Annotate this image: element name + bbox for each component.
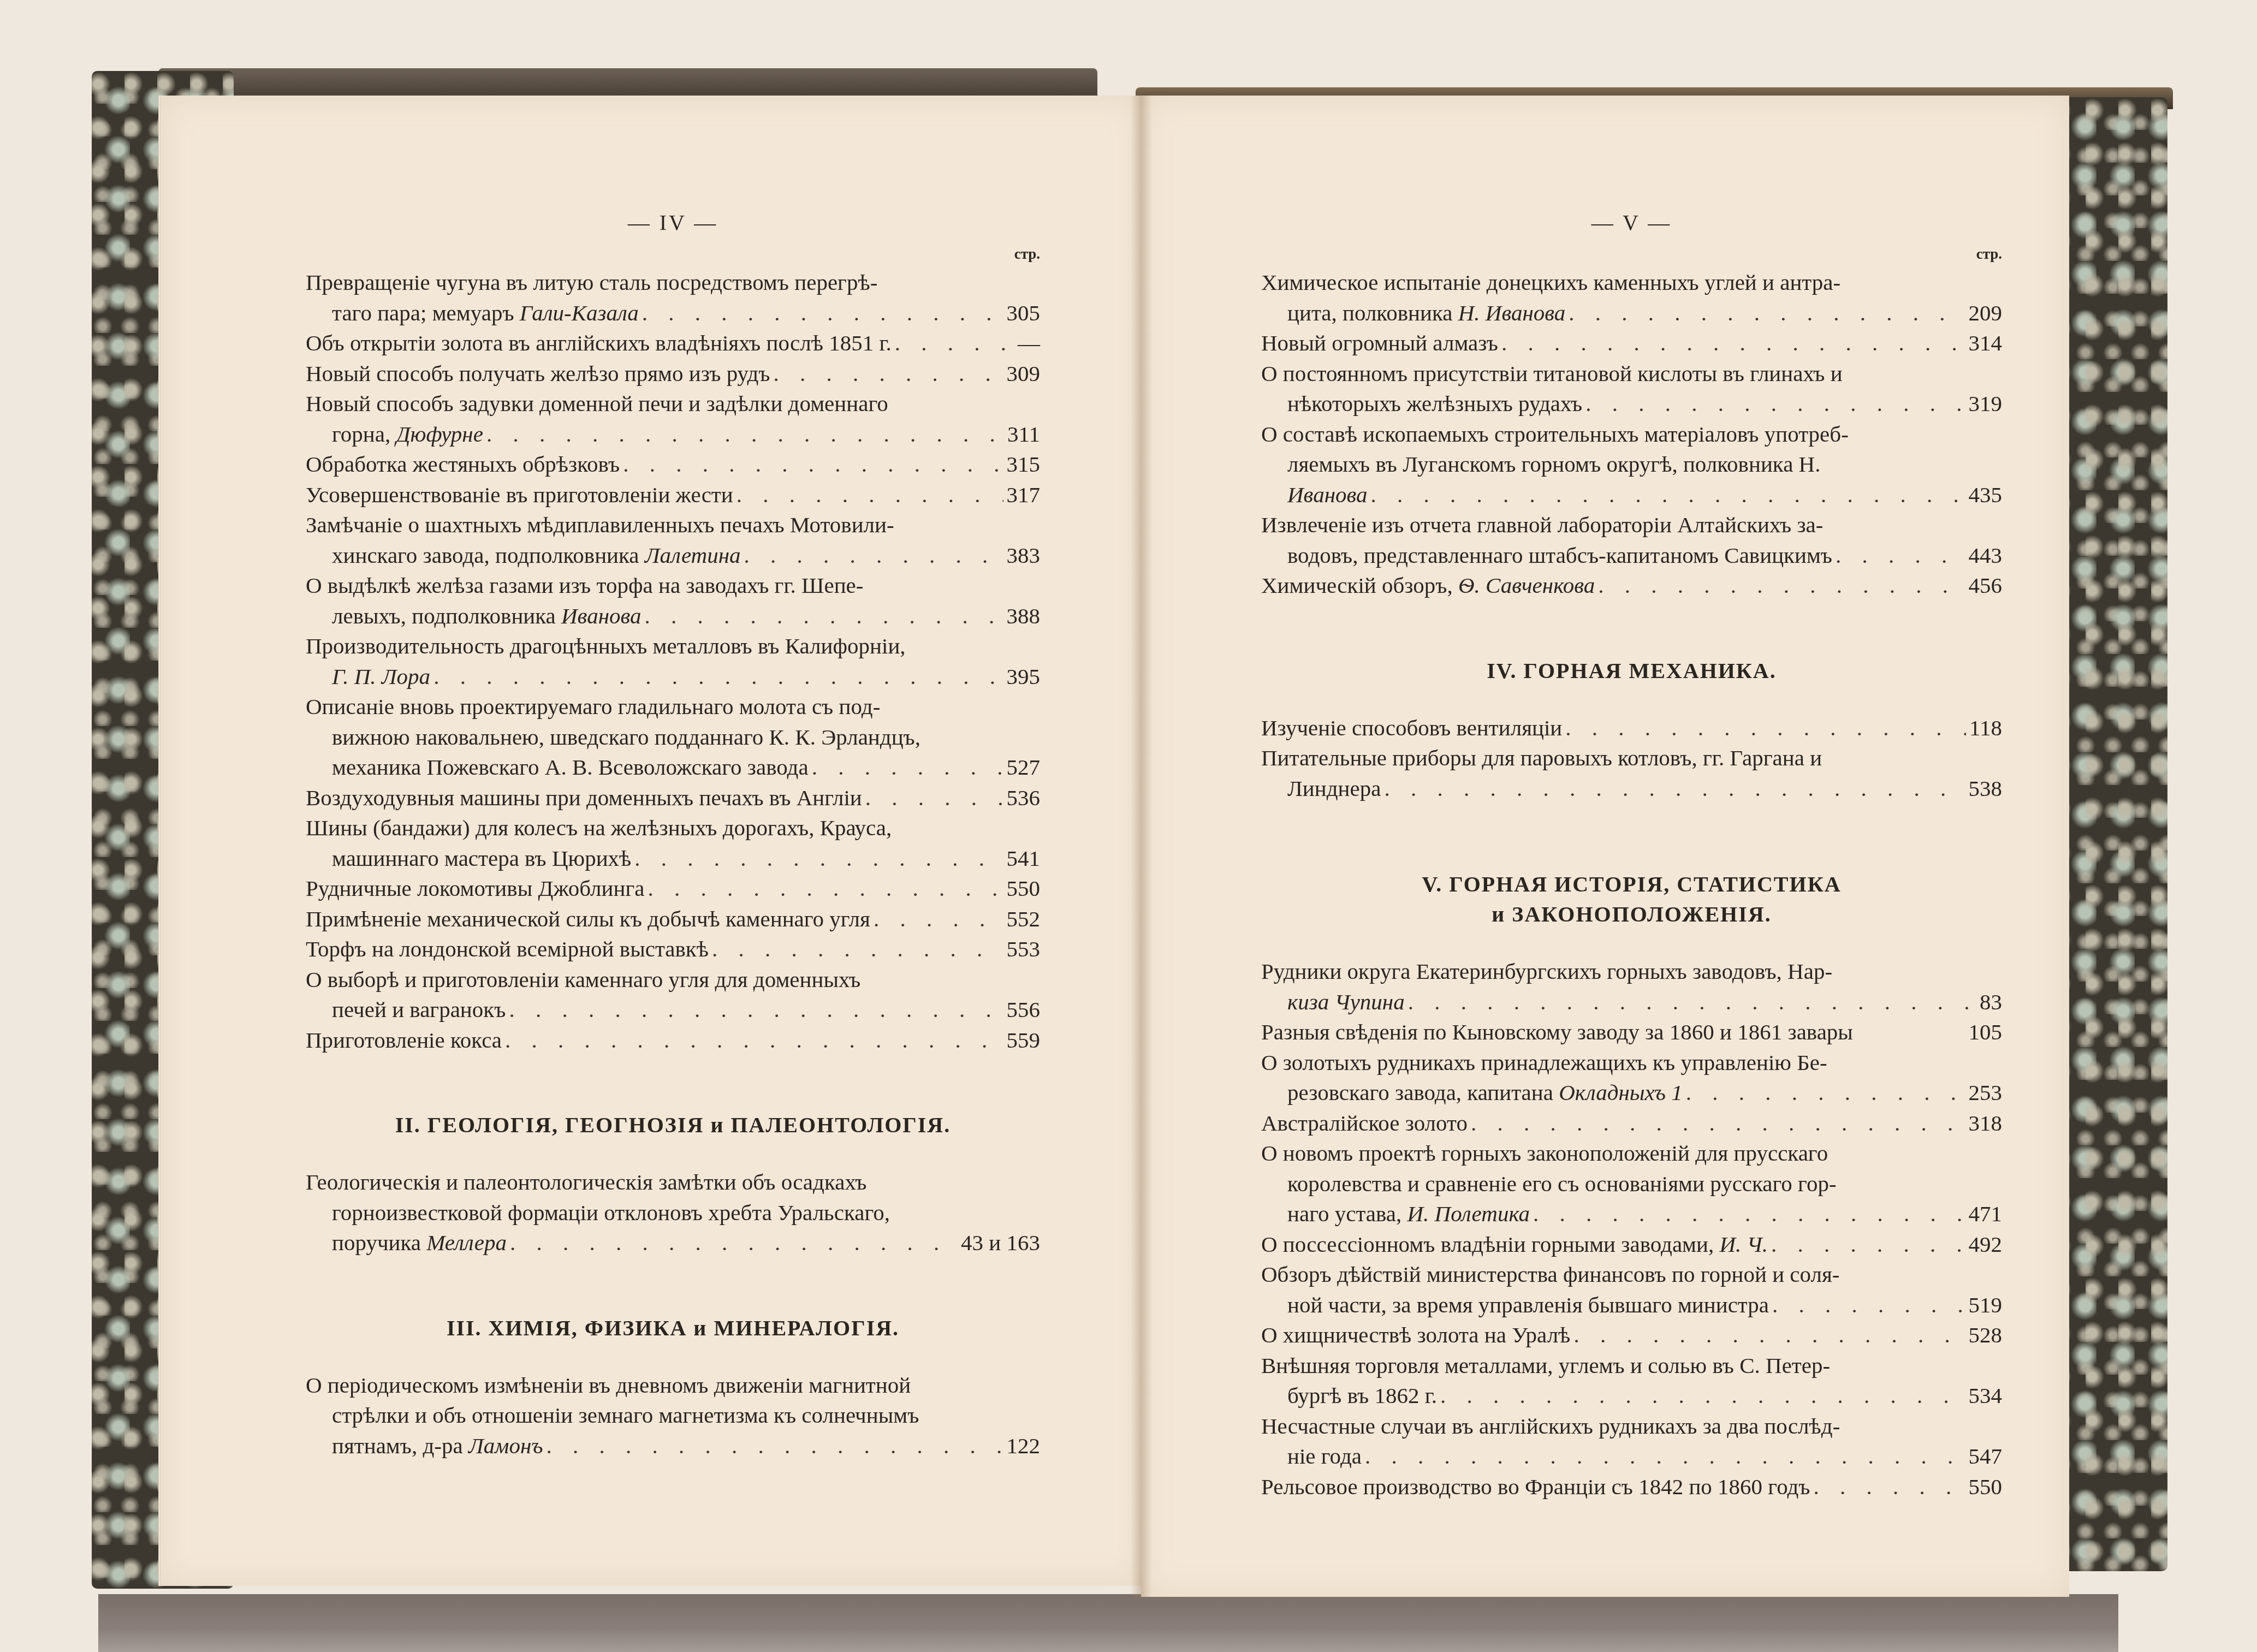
page-number-folio: — V — <box>1261 207 2002 240</box>
dot-leader <box>1501 328 1965 359</box>
toc-entry-last-line: киза Чупина83 <box>1261 987 2002 1018</box>
toc-entry-line: ляемыхъ въ Луганскомъ горномъ округѣ, по… <box>1261 449 2002 480</box>
toc-entry-line: О золотыхъ рудникахъ принадлежащихъ къ у… <box>1261 1048 2002 1078</box>
dot-leader <box>1365 1441 1965 1472</box>
toc-entry-last-line: Изученіе способовъ вентиляціи118 <box>1261 713 2002 744</box>
toc-entry-last-line: Новый огромный алмазъ314 <box>1261 328 2002 359</box>
toc-entry-title: Приготовленіе кокса <box>306 1025 502 1056</box>
dot-leader <box>895 328 1014 359</box>
dot-leader <box>1573 1320 1965 1351</box>
toc-entry: Замѣчаніе о шахтныхъ мѣдиплавиленныхъ пе… <box>306 510 1040 571</box>
toc-entry-line: Шины (бандажи) для колесъ на желѣзныхъ д… <box>306 813 1040 843</box>
toc-entry-page-number: 527 <box>1007 752 1041 783</box>
toc-entry: О выдѣлкѣ желѣза газами изъ торфа на зав… <box>306 571 1040 631</box>
toc-entry: Геологическія и палеонтологическія замѣт… <box>306 1167 1040 1258</box>
toc-entry-line: стрѣлки и объ отношеніи земнаго магнетиз… <box>306 1400 1040 1431</box>
toc-entry-last-line: водовъ, представленнаго штабсъ-капитаном… <box>1261 540 2002 571</box>
toc-entry: О періодическомъ измѣненіи въ дневномъ д… <box>306 1370 1040 1461</box>
toc-entry-page-number: 319 <box>1969 389 2003 419</box>
toc-entry-title: бургѣ въ 1862 г. <box>1287 1381 1437 1411</box>
toc-entry-title: водовъ, представленнаго штабсъ-капитаном… <box>1287 540 1832 571</box>
toc-entry-line: Питательные приборы для паровыхъ котловъ… <box>1261 743 2002 774</box>
dot-leader <box>648 873 1003 904</box>
toc-entry-title: печей и вагранокъ <box>332 995 506 1025</box>
toc-entry: Шины (бандажи) для колесъ на желѣзныхъ д… <box>306 813 1040 873</box>
dot-leader <box>1836 540 1965 571</box>
toc-entry-title: Обработка жестяныхъ обрѣзковъ <box>306 449 620 480</box>
left-page-content: — IV — стр. Превращеніе чугуна въ литую … <box>306 207 1040 1461</box>
toc-entry-title: поручика Меллера <box>332 1228 507 1258</box>
toc-entry-line: Рудники округа Екатеринбургскихъ горныхъ… <box>1261 956 2002 987</box>
dot-leader <box>486 419 1004 450</box>
toc-entry-title: Разныя свѣденія по Кыновскому заводу за … <box>1261 1017 1853 1048</box>
toc-entry-last-line: Новый способъ получать желѣзо прямо изъ … <box>306 359 1040 389</box>
dot-leader <box>1384 774 1965 804</box>
dot-leader <box>1569 298 1965 329</box>
toc-entry-line: О новомъ проектѣ горныхъ законоположеній… <box>1261 1138 2002 1169</box>
toc-list: Изученіе способовъ вентиляціи118Питатель… <box>1261 713 2002 804</box>
toc-entry: Изученіе способовъ вентиляціи118 <box>1261 713 2002 744</box>
toc-entry-last-line: Торфъ на лондонской всемірной выставкѣ55… <box>306 934 1040 965</box>
toc-entry: Обзоръ дѣйствій министерства финансовъ п… <box>1261 1259 2002 1320</box>
dot-leader <box>1440 1381 1965 1411</box>
dot-leader <box>1533 1199 1965 1229</box>
toc-entry-title: Примѣненіе механической силы къ добычѣ к… <box>306 904 870 935</box>
section-heading: и ЗАКОНОПОЛОЖЕНІЯ. <box>1261 899 2002 929</box>
toc-entry: Рудники округа Екатеринбургскихъ горныхъ… <box>1261 956 2002 1017</box>
toc-entry-title: Объ открытіи золота въ англійскихъ владѣ… <box>306 328 892 359</box>
toc-list: Геологическія и палеонтологическія замѣт… <box>306 1167 1040 1258</box>
toc-entry-last-line: машиннаго мастера въ Цюрихѣ541 <box>306 843 1040 874</box>
page-column-label: стр. <box>1261 240 2002 268</box>
toc-entry: Обработка жестяныхъ обрѣзковъ315 <box>306 449 1040 480</box>
toc-entry-line: Производительность драгоцѣнныхъ металлов… <box>306 631 1040 662</box>
toc-entry-title: цита, полковника Н. Иванова <box>1287 298 1565 329</box>
toc-entry-author: Дюфурне <box>396 421 483 447</box>
toc-entry-last-line: Приготовленіе кокса559 <box>306 1025 1040 1056</box>
toc-entry: Химическое испытаніе донецкихъ каменныхъ… <box>1261 268 2002 328</box>
dot-leader <box>737 480 1003 510</box>
toc-entry: Извлеченіе изъ отчета главной лабораторі… <box>1261 510 2002 571</box>
toc-entry-last-line: Усовершенствованіе въ приготовленіи жест… <box>306 480 1040 510</box>
toc-entry-last-line: механика Пожевскаго А. В. Всеволожскаго … <box>306 752 1040 783</box>
toc-entry-last-line: резовскаго завода, капитана Окладныхъ 12… <box>1261 1078 2002 1108</box>
toc-entry-title: киза Чупина <box>1287 987 1405 1018</box>
dot-leader <box>1471 1108 1965 1139</box>
toc-entry-title: Линднера <box>1287 774 1381 804</box>
toc-entry-page-number: 547 <box>1969 1441 2003 1472</box>
toc-entry: Объ открытіи золота въ англійскихъ владѣ… <box>306 328 1040 359</box>
table-shadow <box>98 1594 2118 1652</box>
toc-entry-page-number: 118 <box>1969 713 2002 744</box>
toc-entry: Разныя свѣденія по Кыновскому заводу за … <box>1261 1017 2002 1048</box>
toc-entry: Рельсовое производство во Франціи съ 184… <box>1261 1472 2002 1502</box>
toc-entry-title: резовскаго завода, капитана Окладныхъ 1 <box>1287 1078 1683 1108</box>
toc-entry-title: Усовершенствованіе въ приготовленіи жест… <box>306 480 733 510</box>
toc-entry-title: таго пара; мемуаръ Гали-Казала <box>332 298 639 329</box>
toc-entry-last-line: нѣкоторыхъ желѣзныхъ рудахъ319 <box>1261 389 2002 419</box>
toc-entry-page-number: 553 <box>1007 934 1041 965</box>
toc-entry-title: Новый способъ получать желѣзо прямо изъ … <box>306 359 770 389</box>
toc-entry-title: Новый огромный алмазъ <box>1261 328 1498 359</box>
toc-entry-title: ной части, за время управленія бывшаго м… <box>1287 1290 1769 1321</box>
toc-entry-page-number: 395 <box>1007 662 1041 692</box>
toc-entry-title: Торфъ на лондонской всемірной выставкѣ <box>306 934 709 965</box>
section-heading: II. ГЕОЛОГІЯ, ГЕОГНОЗІЯ и ПАЛЕОНТОЛОГІЯ. <box>306 1110 1040 1140</box>
toc-entry-title: Г. П. Лора <box>332 662 430 692</box>
toc-entry-author: Н. Иванова <box>1458 300 1566 325</box>
section-heading: V. ГОРНАЯ ИСТОРІЯ, СТАТИСТИКА <box>1261 869 2002 899</box>
toc-entry-last-line: цита, полковника Н. Иванова209 <box>1261 298 2002 329</box>
toc-entry-author: И. Полетика <box>1407 1201 1530 1226</box>
toc-entry-page-number: 556 <box>1007 995 1041 1025</box>
toc-entry-last-line: О поссессіонномъ владѣніи горными завода… <box>1261 1229 2002 1260</box>
toc-entry-last-line: горна, Дюфурне311 <box>306 419 1040 450</box>
toc-entry-title: Воздуходувныя машины при доменныхъ печах… <box>306 783 862 813</box>
toc-entry-page-number: 536 <box>1007 783 1041 813</box>
toc-entry-last-line: Рельсовое производство во Франціи съ 184… <box>1261 1472 2002 1502</box>
dot-leader <box>547 1431 1003 1461</box>
dot-leader <box>433 662 1003 692</box>
toc-entry-title: механика Пожевскаго А. В. Всеволожскаго … <box>332 752 809 783</box>
toc-entry-author: Г. П. Лора <box>332 664 430 689</box>
toc-entry: О постоянномъ присутствіи титановой кисл… <box>1261 359 2002 419</box>
toc-entry-author: киза Чупина <box>1287 989 1405 1014</box>
toc-entry-line: королевства и сравненіе его съ основанія… <box>1261 1169 2002 1199</box>
toc-list: О періодическомъ измѣненіи въ дневномъ д… <box>306 1370 1040 1461</box>
book-gutter <box>1130 96 1152 1597</box>
toc-entry: Торфъ на лондонской всемірной выставкѣ55… <box>306 934 1040 965</box>
toc-entry-line: О періодическомъ измѣненіи въ дневномъ д… <box>306 1370 1040 1401</box>
toc-entry-author: Окладныхъ 1 <box>1559 1080 1683 1105</box>
toc-entry-page-number: 471 <box>1969 1199 2003 1229</box>
toc-entry: О золотыхъ рудникахъ принадлежащихъ къ у… <box>1261 1048 2002 1108</box>
toc-entry-page-number: 122 <box>1007 1431 1041 1461</box>
toc-entry-author: Лалетина <box>645 543 741 568</box>
toc-entry-author: И. Ч. <box>1720 1232 1768 1257</box>
toc-entry-title: Австралійское золото <box>1261 1108 1468 1139</box>
toc-entry-author: Ламонъ <box>468 1433 543 1458</box>
toc-entry: О выборѣ и приготовленіи каменнаго угля … <box>306 965 1040 1025</box>
toc-entry-last-line: хинскаго завода, подполковника Лалетина3… <box>306 540 1040 571</box>
toc-entry-author: Ѳ. Савченкова <box>1458 573 1595 598</box>
dot-leader <box>642 298 1003 329</box>
toc-entry-last-line: левыхъ, подполковника Иванова388 <box>306 601 1040 632</box>
toc-entry: Австралійское золото318 <box>1261 1108 2002 1139</box>
toc-entry: Новый способъ задувки доменной печи и за… <box>306 389 1040 449</box>
toc-entry-line: Извлеченіе изъ отчета главной лабораторі… <box>1261 510 2002 540</box>
toc-entry: Несчастные случаи въ англійскихъ рудника… <box>1261 1411 2002 1472</box>
toc-entry-line: вижною наковальнею, шведскаго подданнаго… <box>306 722 1040 753</box>
toc-entry-title: Изученіе способовъ вентиляціи <box>1261 713 1562 744</box>
dot-leader <box>510 1228 958 1258</box>
toc-entry-title: О хищничествѣ золота на Уралѣ <box>1261 1320 1570 1351</box>
toc-entry-page-number: 559 <box>1007 1025 1041 1056</box>
toc-entry-last-line: Австралійское золото318 <box>1261 1108 2002 1139</box>
toc-entry-line: О составѣ ископаемыхъ строительныхъ мате… <box>1261 419 2002 450</box>
right-page-content: — V — стр. Химическое испытаніе донецких… <box>1261 207 2002 1502</box>
toc-entry-title: левыхъ, подполковника Иванова <box>332 601 642 632</box>
dot-leader <box>774 359 1003 389</box>
toc-entry: Превращеніе чугуна въ литую сталь посред… <box>306 268 1040 328</box>
dot-leader <box>1565 713 1966 744</box>
toc-entry: Примѣненіе механической силы къ добычѣ к… <box>306 904 1040 935</box>
toc-entry-last-line: ной части, за время управленія бывшаго м… <box>1261 1290 2002 1321</box>
toc-entry-line: Обзоръ дѣйствій министерства финансовъ п… <box>1261 1259 2002 1290</box>
toc-entry-line: О выдѣлкѣ желѣза газами изъ торфа на зав… <box>306 571 1040 601</box>
toc-entry-last-line: бургѣ въ 1862 г.534 <box>1261 1381 2002 1411</box>
toc-entry-page-number: 383 <box>1007 540 1041 571</box>
dot-leader <box>812 752 1003 783</box>
toc-entry: Химическій обзоръ, Ѳ. Савченкова456 <box>1261 571 2002 601</box>
toc-entry: Производительность драгоцѣнныхъ металлов… <box>306 631 1040 692</box>
toc-entry-author: Иванова <box>1287 482 1367 507</box>
toc-entry-page-number: 309 <box>1007 359 1041 389</box>
toc-entry-title: Рудничные локомотивы Джоблинга <box>306 873 644 904</box>
dot-leader <box>1771 1229 1965 1260</box>
toc-entry-last-line: О хищничествѣ золота на Уралѣ528 <box>1261 1320 2002 1351</box>
toc-list: Превращеніе чугуна въ литую сталь посред… <box>306 268 1040 1055</box>
toc-entry-last-line: Г. П. Лора395 <box>306 662 1040 692</box>
dot-leader <box>1772 1290 1965 1321</box>
toc-list: Химическое испытаніе донецкихъ каменныхъ… <box>1261 268 2002 601</box>
toc-entry-author: Меллера <box>426 1230 507 1255</box>
toc-entry-title: О поссессіонномъ владѣніи горными завода… <box>1261 1229 1768 1260</box>
toc-entry-page-number: 209 <box>1969 298 2003 329</box>
toc-entry-page-number: 83 <box>1980 987 2002 1018</box>
toc-entry: Описаніе вновь проектируемаго гладильнаг… <box>306 692 1040 783</box>
toc-entry-page-number: 538 <box>1969 774 2003 804</box>
toc-entry-line: Превращеніе чугуна въ литую сталь посред… <box>306 268 1040 298</box>
toc-entry-page-number: 443 <box>1969 540 2003 571</box>
toc-entry-last-line: Воздуходувныя машины при доменныхъ печах… <box>306 783 1040 813</box>
toc-entry-line: О постоянномъ присутствіи титановой кисл… <box>1261 359 2002 389</box>
toc-entry-page-number: 534 <box>1969 1381 2003 1411</box>
toc-entry-line: Замѣчаніе о шахтныхъ мѣдиплавиленныхъ пе… <box>306 510 1040 540</box>
dot-leader <box>712 934 1003 965</box>
toc-entry-line: горноизвестковой формаціи отклоновъ хреб… <box>306 1198 1040 1228</box>
toc-entry-line: Внѣшняя торговля металлами, углемъ и сол… <box>1261 1351 2002 1381</box>
toc-entry-title: машиннаго мастера въ Цюрихѣ <box>332 843 631 874</box>
toc-entry-page-number: 105 <box>1969 1017 2003 1048</box>
toc-entry-line: Описаніе вновь проектируемаго гладильнаг… <box>306 692 1040 722</box>
toc-entry-title: Рельсовое производство во Франціи съ 184… <box>1261 1472 1810 1502</box>
toc-entry-title: хинскаго завода, подполковника Лалетина <box>332 540 741 571</box>
toc-entry-last-line: поручика Меллера43 и 163 <box>306 1228 1040 1258</box>
dot-leader <box>509 995 1003 1025</box>
toc-entry-last-line: Разныя свѣденія по Кыновскому заводу за … <box>1261 1017 2002 1048</box>
toc-entry: Новый способъ получать желѣзо прямо изъ … <box>306 359 1040 389</box>
toc-entry-last-line: Объ открытіи золота въ англійскихъ владѣ… <box>306 328 1040 359</box>
toc-entry: Рудничные локомотивы Джоблинга550 <box>306 873 1040 904</box>
toc-entry-page-number: 253 <box>1969 1078 2003 1108</box>
toc-entry-page-number: 318 <box>1969 1108 2003 1139</box>
toc-entry-last-line: Примѣненіе механической силы къ добычѣ к… <box>306 904 1040 935</box>
toc-entry: Внѣшняя торговля металлами, углемъ и сол… <box>1261 1351 2002 1411</box>
toc-entry-page-number: 456 <box>1969 571 2003 601</box>
toc-entry-line: Химическое испытаніе донецкихъ каменныхъ… <box>1261 268 2002 298</box>
toc-entry-line: О выборѣ и приготовленіи каменнаго угля … <box>306 965 1040 995</box>
toc-entry-last-line: печей и вагранокъ556 <box>306 995 1040 1025</box>
toc-entry-author: Гали-Казала <box>520 300 639 325</box>
page-column-label: стр. <box>306 240 1040 268</box>
toc-entry-page-number: 388 <box>1007 601 1041 632</box>
toc-entry-last-line: ніе года547 <box>1261 1441 2002 1472</box>
dot-leader <box>505 1025 1003 1056</box>
toc-entry-page-number: 550 <box>1969 1472 2003 1502</box>
toc-entry: Новый огромный алмазъ314 <box>1261 328 2002 359</box>
toc-entry-title: Иванова <box>1287 480 1367 510</box>
toc-entry-last-line: таго пара; мемуаръ Гали-Казала305 <box>306 298 1040 329</box>
dot-leader <box>634 843 1003 874</box>
toc-entry-page-number: 305 <box>1007 298 1041 329</box>
dot-leader <box>1370 480 1965 510</box>
toc-entry-page-number: 552 <box>1007 904 1041 935</box>
toc-entry-line: Геологическія и палеонтологическія замѣт… <box>306 1167 1040 1198</box>
toc-entry-last-line: наго устава, И. Полетика471 <box>1261 1199 2002 1229</box>
toc-entry: О поссессіонномъ владѣніи горными завода… <box>1261 1229 2002 1260</box>
dot-leader <box>1408 987 1976 1018</box>
dot-leader <box>1686 1078 1965 1108</box>
toc-entry-last-line: Рудничные локомотивы Джоблинга550 <box>306 873 1040 904</box>
section-heading: IV. ГОРНАЯ МЕХАНИКА. <box>1261 656 2002 686</box>
toc-entry-page-number: 519 <box>1969 1290 2003 1321</box>
toc-entry-title: нѣкоторыхъ желѣзныхъ рудахъ <box>1287 389 1582 419</box>
dot-leader <box>623 449 1003 480</box>
toc-entry-last-line: пятнамъ, д-ра Ламонъ122 <box>306 1431 1040 1461</box>
toc-entry-page-number: 550 <box>1007 873 1041 904</box>
toc-entry-last-line: Обработка жестяныхъ обрѣзковъ315 <box>306 449 1040 480</box>
dot-leader <box>744 540 1003 571</box>
dot-leader <box>1598 571 1965 601</box>
toc-entry-page-number: 435 <box>1969 480 2003 510</box>
toc-entry-title: горна, Дюфурне <box>332 419 483 450</box>
section-heading: III. ХИМІЯ, ФИЗИКА и МИНЕРАЛОГІЯ. <box>306 1313 1040 1343</box>
toc-entry: О новомъ проектѣ горныхъ законоположеній… <box>1261 1138 2002 1229</box>
toc-entry: Питательные приборы для паровыхъ котловъ… <box>1261 743 2002 804</box>
toc-entry-page-number: — <box>1018 328 1040 359</box>
dot-leader <box>1814 1472 1965 1502</box>
toc-entry: О хищничествѣ золота на Уралѣ528 <box>1261 1320 2002 1351</box>
toc-entry-line: Новый способъ задувки доменной печи и за… <box>306 389 1040 419</box>
toc-entry-last-line: Линднера538 <box>1261 774 2002 804</box>
dot-leader <box>1585 389 1965 419</box>
toc-entry-page-number: 541 <box>1007 843 1041 874</box>
toc-entry-last-line: Химическій обзоръ, Ѳ. Савченкова456 <box>1261 571 2002 601</box>
toc-entry: Усовершенствованіе въ приготовленіи жест… <box>306 480 1040 510</box>
dot-leader <box>645 601 1003 632</box>
toc-entry: Приготовленіе кокса559 <box>306 1025 1040 1056</box>
toc-entry-title: Химическій обзоръ, Ѳ. Савченкова <box>1261 571 1595 601</box>
dot-leader <box>874 904 1003 935</box>
toc-entry: О составѣ ископаемыхъ строительныхъ мате… <box>1261 419 2002 510</box>
toc-entry-page-number: 315 <box>1007 449 1041 480</box>
toc-entry: Воздуходувныя машины при доменныхъ печах… <box>306 783 1040 813</box>
toc-entry-page-number: 492 <box>1969 1229 2003 1260</box>
page-number-folio: — IV — <box>306 207 1040 240</box>
toc-entry-page-number: 317 <box>1007 480 1041 510</box>
toc-entry-author: Иванова <box>561 603 641 628</box>
dot-leader <box>865 783 1003 813</box>
toc-list: Рудники округа Екатеринбургскихъ горныхъ… <box>1261 956 2002 1502</box>
toc-entry-page-number: 314 <box>1969 328 2003 359</box>
toc-entry-title: ніе года <box>1287 1441 1362 1472</box>
toc-entry-page-number: 311 <box>1007 419 1040 450</box>
toc-entry-last-line: Иванова435 <box>1261 480 2002 510</box>
toc-entry-page-number: 43 и 163 <box>961 1228 1040 1258</box>
toc-entry-title: наго устава, И. Полетика <box>1287 1199 1530 1229</box>
toc-entry-line: Несчастные случаи въ англійскихъ рудника… <box>1261 1411 2002 1442</box>
toc-entry-title: пятнамъ, д-ра Ламонъ <box>332 1431 543 1461</box>
toc-entry-page-number: 528 <box>1969 1320 2003 1351</box>
